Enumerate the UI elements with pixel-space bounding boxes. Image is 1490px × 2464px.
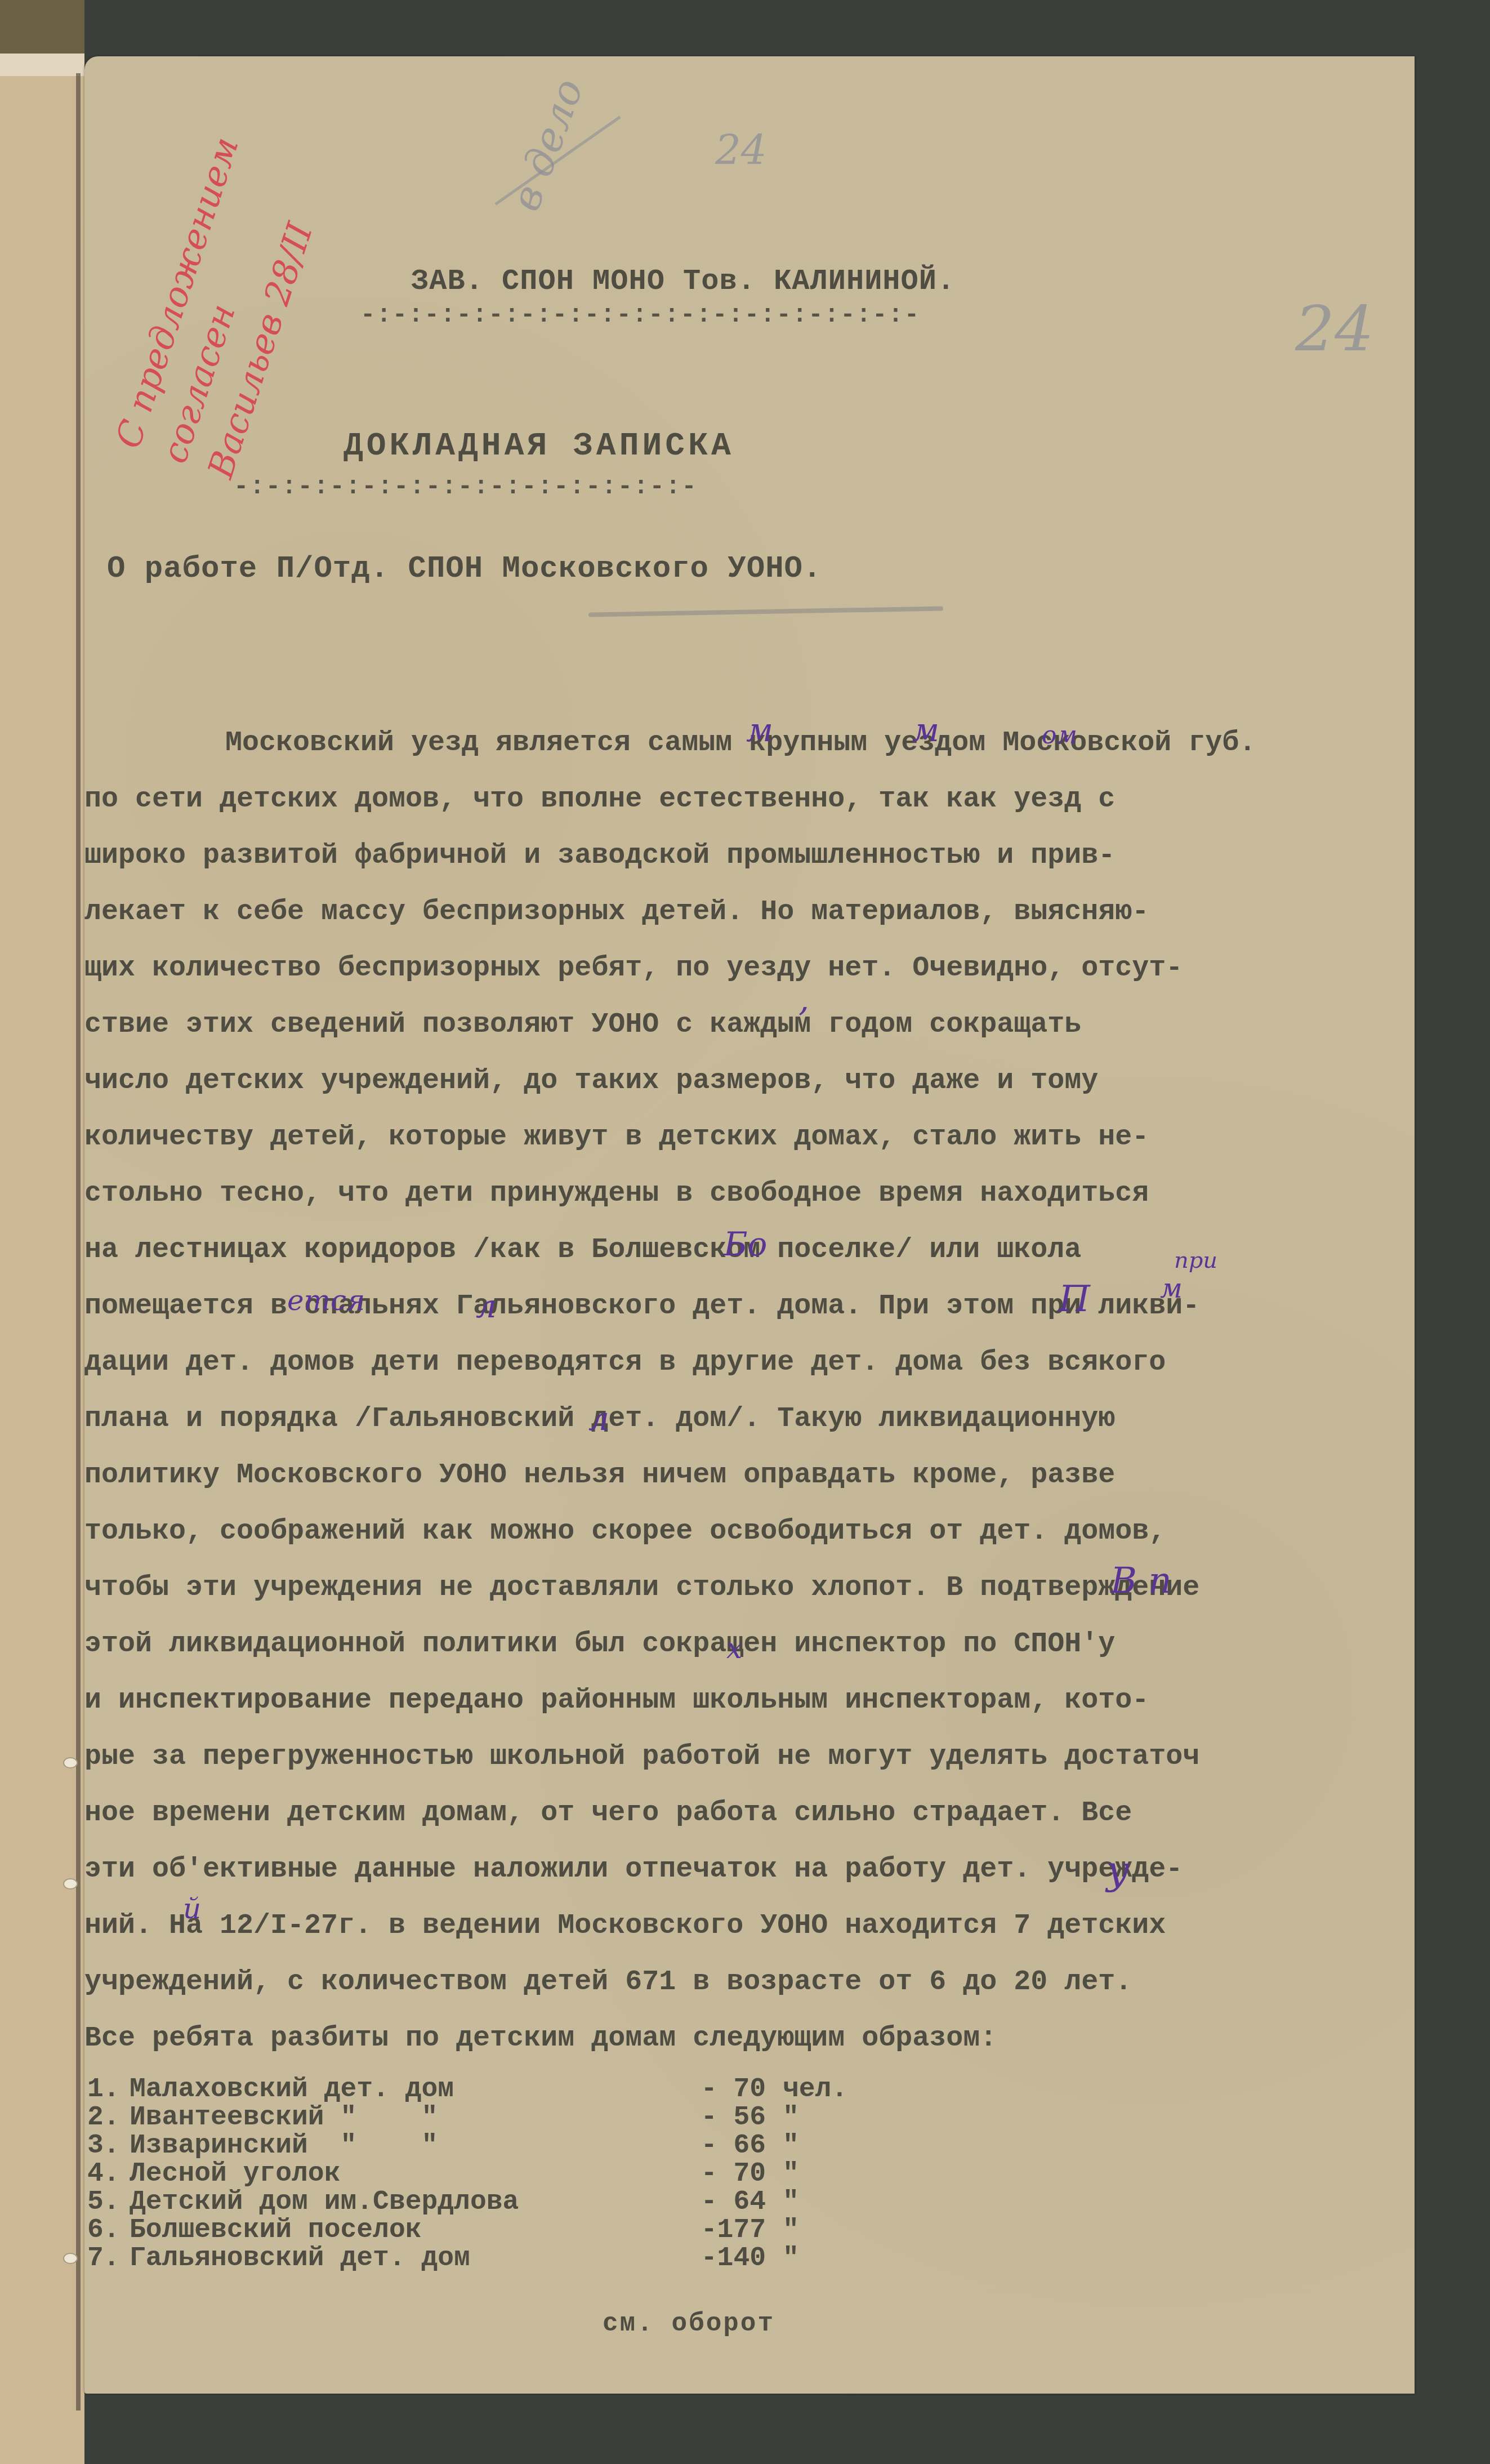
item-number: 4.: [87, 2160, 130, 2188]
body-line: ствие этих сведений позволяют УОНО с каж…: [84, 997, 1323, 1053]
body-line: широко развитой фабричной и заводской пр…: [84, 828, 1323, 884]
ink-correction: Бо: [724, 1225, 768, 1263]
item-count: - 66: [670, 2132, 766, 2160]
ink-correction: л: [588, 1400, 609, 1438]
body-line: лекает к себе массу беспризорных детей. …: [84, 884, 1323, 941]
ink-correction: й: [183, 1892, 201, 1925]
ink-correction: у: [1107, 1847, 1130, 1893]
ink-correction: ,: [798, 980, 809, 1019]
item-name: Малаховский дет. дом: [130, 2075, 670, 2104]
ink-correction: П: [1059, 1278, 1090, 1320]
item-unit: ": [766, 2160, 799, 2188]
document-title: ДОКЛАДНАЯ ЗАПИСКА: [343, 428, 734, 465]
body-line: Московский уезд является самым крупным у…: [84, 715, 1323, 772]
list-item: 4. Лесной уголок - 70 ": [87, 2160, 988, 2188]
body-line: количеству детей, которые живут в детски…: [84, 1110, 1323, 1166]
see-reverse-note: см. оборот: [603, 2309, 775, 2338]
divider-line: -:-:-:-:-:-:-:-:-:-:-:-:-:-:-:-:-:-: [360, 301, 920, 329]
body-line: на лестницах коридоров /как в Болшевском…: [84, 1222, 1323, 1278]
children-homes-list: 1. Малаховский дет. дом - 70 чел. 2. Ива…: [87, 2075, 988, 2273]
item-count: - 70: [670, 2160, 766, 2188]
list-item: 5. Детский дом им.Свердлова - 64 ": [87, 2188, 988, 2216]
ink-correction: ется: [287, 1284, 365, 1317]
list-item: 6. Болшевский поселок -177 ": [87, 2216, 988, 2244]
ink-correction: ом: [1042, 721, 1077, 750]
body-line: помещается в спальнях Гальяновского дет.…: [84, 1278, 1323, 1335]
pencil-folio-number: 24: [1295, 293, 1374, 365]
item-name: Гальяновский дет. дом: [130, 2244, 670, 2273]
item-unit: ": [766, 2216, 799, 2244]
item-number: 5.: [87, 2188, 130, 2216]
list-item: 3. Изваринский " " - 66 ": [87, 2132, 988, 2160]
item-unit: ": [766, 2104, 799, 2132]
body-line: плана и порядка /Гальяновский дет. дом/.…: [84, 1391, 1323, 1447]
document-subject: О работе П/Отд. СПОН Московского УОНО.: [107, 552, 822, 586]
body-line: и инспектирование передано районным школ…: [84, 1673, 1323, 1729]
body-line: стольно тесно, что дети принуждены в сво…: [84, 1166, 1323, 1222]
list-item: 1. Малаховский дет. дом - 70 чел.: [87, 2075, 988, 2104]
divider-line: -:-:-:-:-:-:-:-:-:-:-:-:-:-:-: [234, 473, 698, 501]
body-text: Московский уезд является самым крупным у…: [84, 715, 1323, 2067]
body-line: дации дет. домов дети переводятся в друг…: [84, 1335, 1323, 1391]
item-unit: ": [766, 2244, 799, 2273]
binding-stitch: [63, 2253, 78, 2264]
body-line: учреждений, с количеством детей 671 в во…: [84, 1954, 1323, 2011]
item-count: -140: [670, 2244, 766, 2273]
ink-correction: м: [746, 711, 773, 749]
binding-fold: [76, 73, 81, 2410]
binding-edge: [0, 54, 84, 76]
item-count: - 56: [670, 2104, 766, 2132]
ink-correction: при: [1174, 1247, 1217, 1273]
binding-stitch: [63, 1878, 78, 1890]
item-name: Ивантеевский " ": [130, 2104, 670, 2132]
item-name: Детский дом им.Свердлова: [130, 2188, 670, 2216]
body-line: ное времени детским домам, от чего работ…: [84, 1785, 1323, 1842]
body-line: щих количество беспризорных ребят, по уе…: [84, 941, 1323, 997]
item-number: 2.: [87, 2104, 130, 2132]
item-unit: ": [766, 2132, 799, 2160]
ink-correction: В п: [1110, 1560, 1172, 1602]
body-line: число детских учреждений, до таких разме…: [84, 1053, 1323, 1110]
binding-stitch: [63, 1757, 78, 1768]
previous-page-edge: [0, 0, 84, 2464]
item-unit: чел.: [766, 2075, 847, 2104]
ink-correction: х: [726, 1632, 742, 1665]
list-item: 2. Ивантеевский " " - 56 ": [87, 2104, 988, 2132]
item-count: -177: [670, 2216, 766, 2244]
item-count: - 64: [670, 2188, 766, 2216]
pencil-top-number: 24: [715, 127, 767, 174]
ink-correction: м: [912, 711, 939, 749]
body-line: политику Московского УОНО нельзя ничем о…: [84, 1447, 1323, 1504]
item-name: Изваринский " ": [130, 2132, 670, 2160]
ink-correction: л: [476, 1287, 497, 1325]
body-line: этой ликвидационной политики был сокраще…: [84, 1616, 1323, 1673]
body-line: ний. На 12/I-27г. в ведении Московского …: [84, 1898, 1323, 1954]
body-line: эти об'ективные данные наложили отпечато…: [84, 1842, 1323, 1898]
ink-correction: м: [1160, 1273, 1183, 1304]
item-unit: ": [766, 2188, 799, 2216]
item-number: 1.: [87, 2075, 130, 2104]
body-line: Все ребята разбиты по детским домам след…: [84, 2011, 1323, 2067]
item-number: 3.: [87, 2132, 130, 2160]
list-item: 7. Гальяновский дет. дом -140 ": [87, 2244, 988, 2273]
item-count: - 70: [670, 2075, 766, 2104]
item-name: Лесной уголок: [130, 2160, 670, 2188]
body-line: по сети детских домов, что вполне естест…: [84, 772, 1323, 828]
binding-cloth: [0, 0, 84, 54]
item-number: 7.: [87, 2244, 130, 2273]
body-line: только, соображений как можно скорее осв…: [84, 1504, 1323, 1560]
item-number: 6.: [87, 2216, 130, 2244]
item-name: Болшевский поселок: [130, 2216, 670, 2244]
addressee-line: ЗАВ. СПОН МОНО Тов. КАЛИНИНОЙ.: [411, 265, 955, 298]
body-line: рые за перегруженностью школьной работой…: [84, 1729, 1323, 1785]
